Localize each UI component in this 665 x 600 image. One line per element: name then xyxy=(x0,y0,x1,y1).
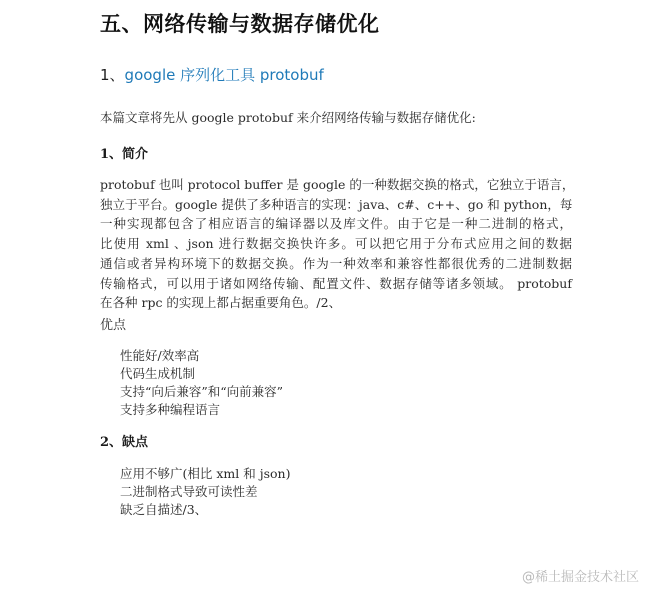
paragraph-line: 传输格式，可以用于诸如网络传输、配置文件、数据存储等诸多领域。 protobuf xyxy=(100,274,572,294)
list-item: 支持“向后兼容”和“向前兼容” xyxy=(120,383,283,401)
paragraph-line: 比使用 xml 、json 进行数据交换快许多。可以把它用于分布式应用之间的数据 xyxy=(100,234,572,254)
paragraph-line: 独立于平台。google 提供了多种语言的实现：java、c#、c++、go 和… xyxy=(100,195,572,215)
watermark: @稀土掘金技术社区 xyxy=(522,566,639,585)
list-item: 性能好/效率高 xyxy=(120,347,283,365)
list-item: 缺乏自描述/3、 xyxy=(120,501,290,519)
pros-list: 性能好/效率高 代码生成机制 支持“向后兼容”和“向前兼容” 支持多种编程语言 xyxy=(120,347,283,419)
intro-heading: 1、简介 xyxy=(100,143,148,162)
list-item: 应用不够广(相比 xml 和 json) xyxy=(120,465,290,483)
description-paragraph: protobuf 也叫 protocol buffer 是 google 的一种… xyxy=(100,175,572,313)
paragraph-line: 通信或者异构环境下的数据交换。作为一种效率和兼容性都很优秀的二进制数据 xyxy=(100,254,572,274)
list-item: 代码生成机制 xyxy=(120,365,283,383)
cons-heading: 2、缺点 xyxy=(100,431,148,450)
cons-list: 应用不够广(相比 xml 和 json) 二进制格式导致可读性差 缺乏自描述/3… xyxy=(120,465,290,519)
document-title: 五、网络传输与数据存储优化 xyxy=(100,8,380,38)
paragraph-line: 在各种 rpc 的实现上都占据重要角色。/2、 xyxy=(100,293,572,313)
section-title: google 序列化工具 protobuf xyxy=(125,66,324,84)
list-item: 支持多种编程语言 xyxy=(120,401,283,419)
list-item: 二进制格式导致可读性差 xyxy=(120,483,290,501)
pros-label: 优点 xyxy=(100,314,126,333)
section-heading: 1、google 序列化工具 protobuf xyxy=(100,64,324,85)
paragraph-line: 一种实现都包含了相应语言的编译器以及库文件。由于它是一种二进制的格式， xyxy=(100,214,572,234)
paragraph-line: protobuf 也叫 protocol buffer 是 google 的一种… xyxy=(100,175,572,195)
intro-text: 本篇文章将先从 google protobuf 来介绍网络传输与数据存储优化: xyxy=(100,108,476,126)
section-number: 1、 xyxy=(100,66,125,84)
